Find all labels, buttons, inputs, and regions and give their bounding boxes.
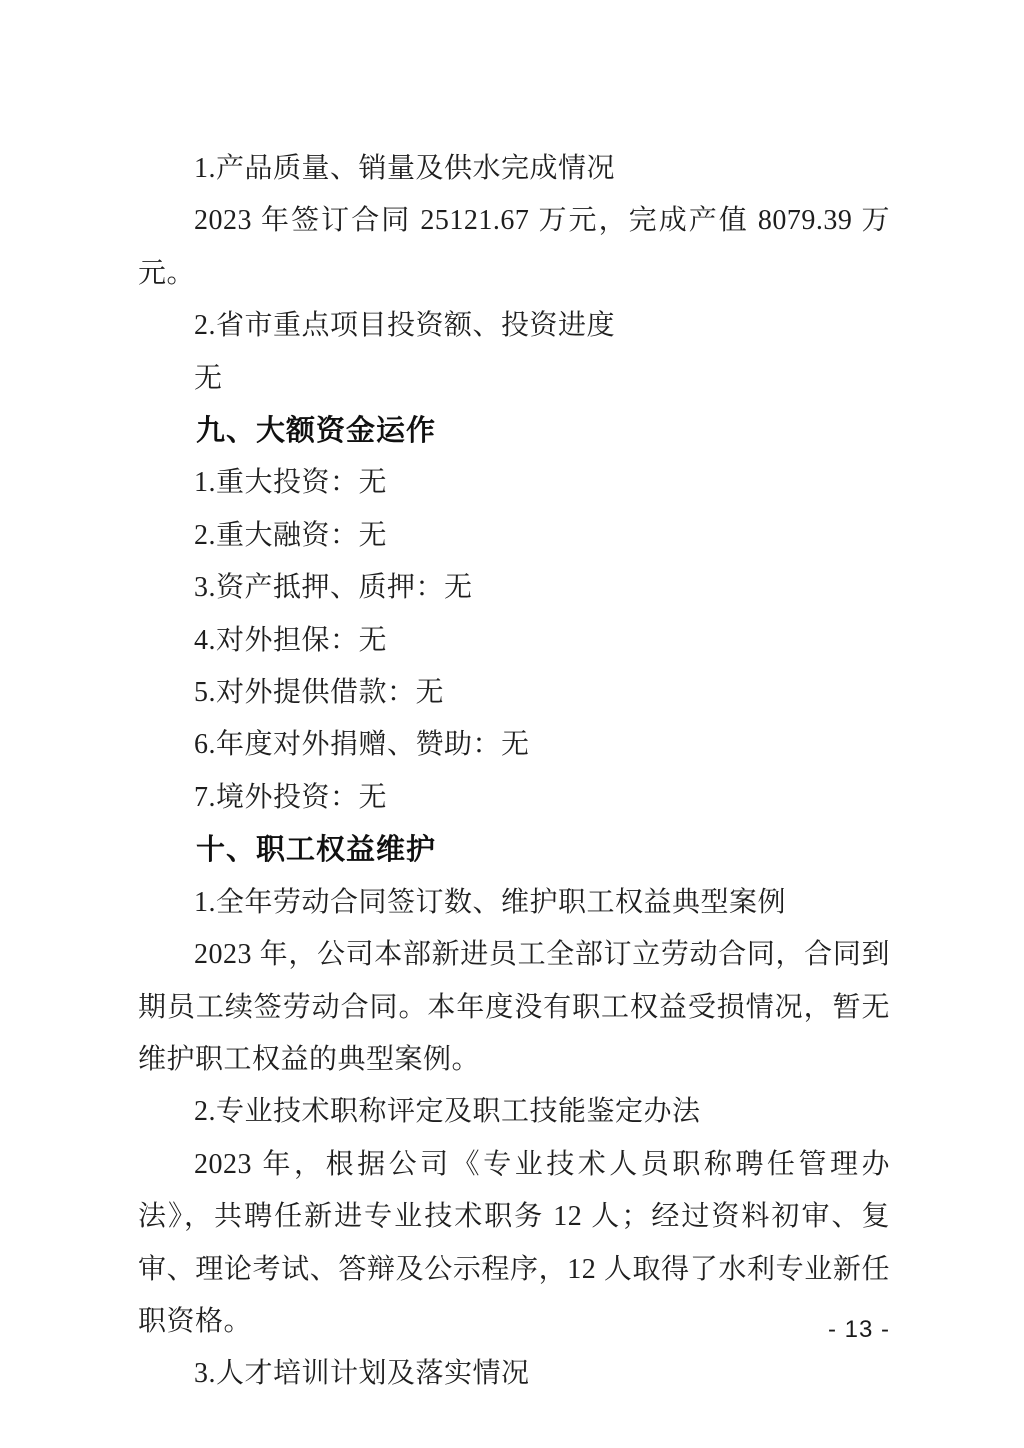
list-item: 3.人才培训计划及落实情况 (138, 1348, 890, 1400)
document-body: 1.产品质量、销量及供水完成情况 2023 年签订合同 25121.67 万元，… (138, 143, 890, 1401)
list-item: 1.重大投资：无 (138, 457, 890, 509)
list-item: 1.全年劳动合同签订数、维护职工权益典型案例 (138, 877, 890, 929)
document-page: 1.产品质量、销量及供水完成情况 2023 年签订合同 25121.67 万元，… (0, 0, 1024, 1448)
page-number: - 13 - (828, 1316, 890, 1344)
list-item: 3.资产抵押、质押：无 (138, 562, 890, 614)
list-item: 2.省市重点项目投资额、投资进度 (138, 300, 890, 352)
list-item: 4.对外担保：无 (138, 615, 890, 667)
paragraph: 2023 年，根据公司《专业技术人员职称聘任管理办法》，共聘任新进专业技术职务 … (138, 1139, 890, 1349)
section-heading: 十、职工权益维护 (138, 824, 890, 876)
list-item: 6.年度对外捐赠、赞助：无 (138, 719, 890, 771)
list-item: 1.产品质量、销量及供水完成情况 (138, 143, 890, 195)
list-item: 2.重大融资：无 (138, 510, 890, 562)
list-item: 无 (138, 353, 890, 405)
list-item: 7.境外投资：无 (138, 772, 890, 824)
section-heading: 九、大额资金运作 (138, 405, 890, 457)
list-item: 5.对外提供借款：无 (138, 667, 890, 719)
list-item: 2.专业技术职称评定及职工技能鉴定办法 (138, 1086, 890, 1138)
paragraph: 2023 年，公司本部新进员工全部订立劳动合同，合同到期员工续签劳动合同。本年度… (138, 929, 890, 1086)
paragraph: 2023 年签订合同 25121.67 万元，完成产值 8079.39 万元。 (138, 195, 890, 300)
